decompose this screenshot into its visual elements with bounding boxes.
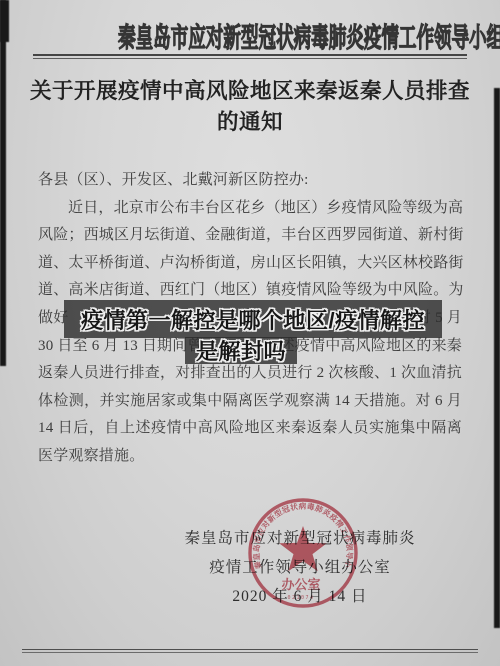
official-seal: 秦皇岛市应对新型冠状病毒肺炎疫情工作领导小组 办公室 021074 — [246, 496, 360, 610]
doc-line: 体检测，并实施居家或集中隔离医学观察满 14 天措施。对 6 月 — [38, 388, 462, 416]
caption-text-line2: 是解封吗 — [196, 335, 286, 366]
notice-salutation: 各县（区）、开发区、北戴河新区防控办: — [38, 167, 462, 195]
letterhead-org-text: 秦皇岛市应对新型冠状病毒肺炎疫情工作领导小组办公室 — [118, 16, 500, 55]
footer-divider — [22, 649, 478, 653]
letterhead-org-line: 秦皇岛市应对新型冠状病毒肺炎疫情工作领导小组办公室 — [0, 16, 500, 55]
letterhead-divider — [33, 54, 467, 59]
doc-line: 14 日后，自上述疫情中高风险地区来秦返秦人员实施集中隔离 — [38, 415, 462, 443]
caption-band-line2: 是解封吗 — [185, 337, 297, 364]
doc-line: 医学观察措施。 — [38, 443, 462, 471]
caption-text-line1: 疫情第一解控是哪个地区/疫情解控 — [81, 304, 425, 335]
notice-title: 关于开展疫情中高风险地区来秦返秦人员排查 的通知 — [20, 76, 480, 138]
notice-title-line2: 的通知 — [20, 107, 480, 138]
seal-center-label: 办公室 — [281, 577, 320, 592]
doc-line: 道、太平桥街道、卢沟桥街道，房山区长阳镇，大兴区林校路街 — [38, 250, 462, 278]
seal-serial-number: 021074 — [287, 595, 314, 601]
doc-line: 近日，北京市公布丰台区花乡（地区）乡疫情风险等级为高 — [38, 195, 462, 223]
document-photo: 秦皇岛市应对新型冠状病毒肺炎疫情工作领导小组办公室 关于开展疫情中高风险地区来秦… — [0, 0, 500, 666]
photo-edge-left-notch — [0, 0, 9, 42]
doc-line: 风险；西城区月坛街道、金融街道，丰台区西罗园街道、新村街 — [38, 222, 462, 250]
notice-title-line1: 关于开展疫情中高风险地区来秦返秦人员排查 — [20, 76, 480, 107]
photo-edge-left — [0, 0, 6, 366]
caption-band-line1: 疫情第一解控是哪个地区/疫情解控 — [64, 300, 442, 338]
photo-edge-right — [494, 88, 500, 628]
seal-star-icon — [279, 526, 327, 571]
